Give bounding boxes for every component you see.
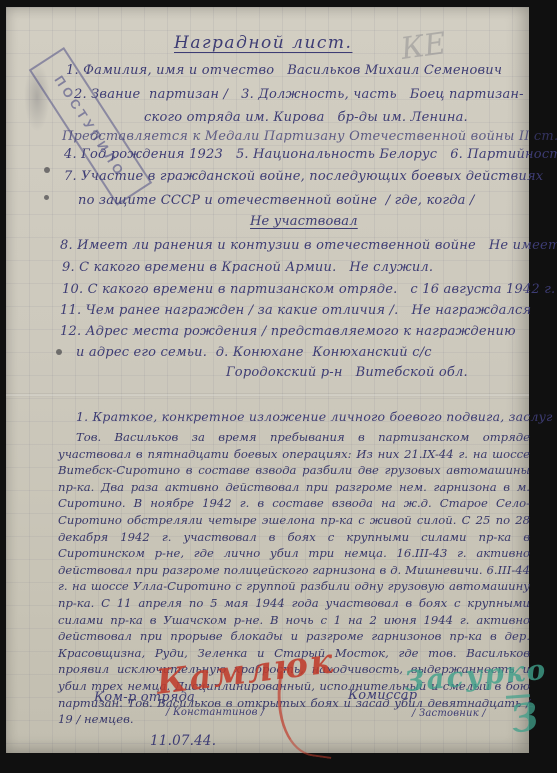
form-line-previous-awards: 11. Чем ранее награжден / за какие отлич… — [60, 303, 531, 318]
scanned-award-document: { "colors": { "paper": "#cdc9bd", "ink":… — [0, 0, 557, 773]
commissar-typed-name: / Застовник / — [412, 708, 486, 719]
form-line-name: 1. Фамилия, имя и отчество Васильков Мих… — [66, 63, 502, 78]
form-line-birth-nationality-party: 4. Год рождения 1923 5. Национальность Б… — [64, 147, 557, 162]
signature-flourish-red — [269, 671, 343, 759]
form-answer-did-not-participate: Не участвовал — [250, 214, 358, 229]
punch-hole — [56, 349, 62, 355]
form-line-partisan-since: 10. С какого времени в партизанском отря… — [62, 282, 555, 297]
form-line-district: Городокский р-н Витебской обл. — [226, 365, 468, 380]
document-paper: ПОСТУПИЛО КЕ Наградной лист. 1. Фамилия,… — [6, 7, 529, 753]
feat-section-heading: 1. Краткое, конкретное изложение личного… — [76, 409, 553, 424]
form-line-red-army: 9. С какого времени в Красной Армии. Не … — [62, 260, 433, 275]
fold-crease — [6, 393, 529, 397]
punch-hole — [44, 167, 50, 173]
form-line-civil-war-2: по защите СССР и отечественной войне / г… — [78, 193, 475, 208]
punch-hole — [44, 195, 49, 200]
document-title: Наградной лист. — [174, 33, 352, 53]
signature-flourish-teal: З — [507, 693, 542, 742]
form-line-award: Представляется к Медали Партизану Отечес… — [62, 129, 557, 144]
form-line-rank-position: 2. Звание партизан / 3. Должность, часть… — [74, 87, 524, 102]
document-date: 11.07.44. — [150, 733, 216, 749]
form-line-address-2: и адрес его семьи. д. Конюхане Конюханск… — [76, 345, 432, 360]
form-line-unit: ского отряда им. Кирова бр-ды им. Ленина… — [144, 110, 468, 125]
form-line-wounds: 8. Имеет ли ранения и контузии в отечест… — [60, 238, 557, 253]
pencil-mark: КЕ — [399, 26, 449, 67]
form-line-address-1: 12. Адрес места рождения / представляемо… — [60, 324, 516, 339]
commander-typed-name: / Константинов / — [166, 707, 265, 718]
form-line-civil-war-1: 7. Участие в гражданской войне, последую… — [64, 169, 543, 184]
